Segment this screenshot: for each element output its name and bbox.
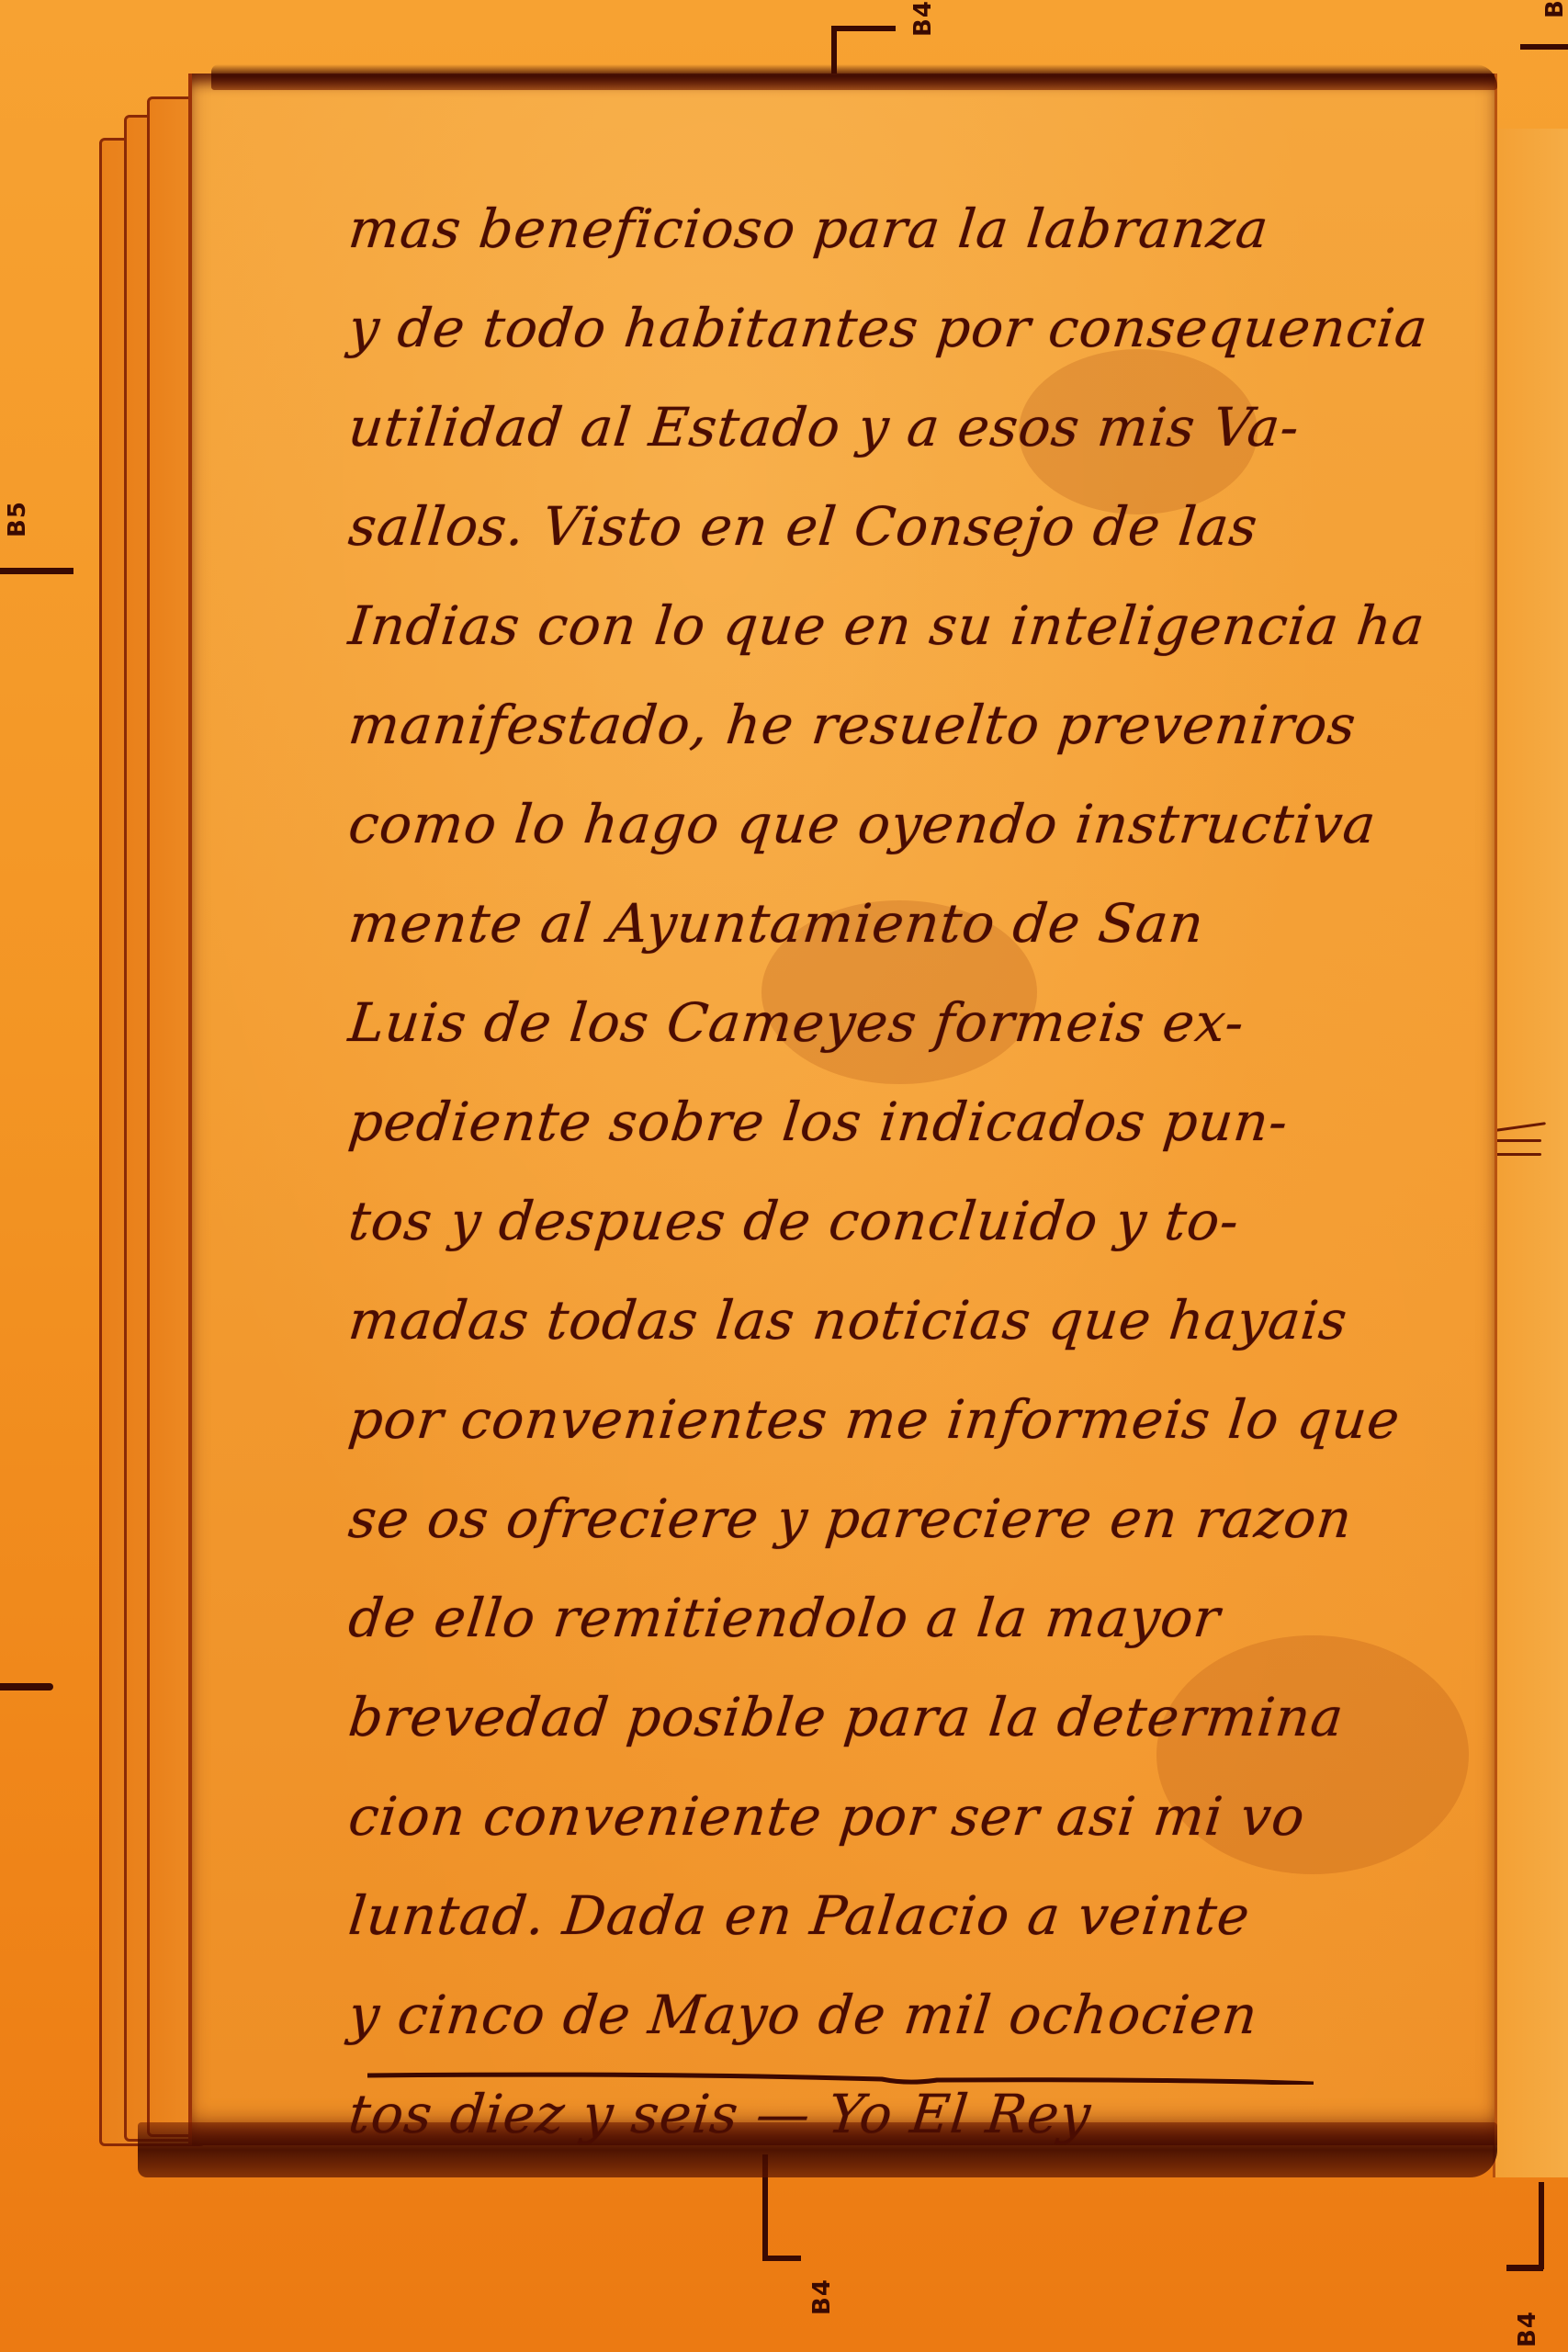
text-line-3: utilidad al Estado y a esos mis Va- (344, 378, 1309, 477)
text-line-8: mente al Ayuntamiento de San (344, 874, 1309, 973)
text-line-12: madas todas las noticias que hayais (344, 1271, 1309, 1370)
text-line-13: por convenientes me informeis lo que (344, 1370, 1309, 1469)
marker-bracket-horizontal-bottom-right (1506, 2265, 1543, 2271)
marker-label-b-top-right: B (1541, 0, 1568, 18)
marker-label-b4-top: B4 (909, 0, 937, 37)
marker-tick-top-right (1520, 44, 1568, 50)
marker-bracket-horizontal (831, 26, 896, 31)
text-line-15: de ello remitiendolo a la mayor (344, 1568, 1309, 1668)
marker-label-b4-bottom: B4 (808, 2278, 836, 2315)
text-line-9: Luis de los Cameyes formeis ex- (344, 973, 1309, 1072)
marker-tick-left-lower (0, 1683, 53, 1690)
text-line-1: mas beneficioso para la labranza (344, 179, 1309, 278)
text-line-2: y de todo habitantes por consequencia (344, 278, 1309, 378)
marker-label-b5: B5 (4, 501, 31, 537)
page-top-worn-edge (211, 64, 1497, 90)
facing-page-ink-stroke (1495, 1139, 1541, 1142)
text-line-16: brevedad posible para la determina (344, 1668, 1309, 1767)
marker-bracket-vertical-bottom-right (1539, 2182, 1544, 2269)
marker-tick-left-upper (0, 568, 73, 574)
text-line-6: manifestado, he resuelto preveniros (344, 675, 1309, 775)
signature-underline (367, 2072, 1314, 2085)
text-line-10: pediente sobre los indicados pun- (344, 1072, 1309, 1171)
facing-page-ink-stroke (1495, 1153, 1541, 1156)
text-line-5: Indias con lo que en su inteligencia ha (344, 576, 1309, 675)
text-line-18: luntad. Dada en Palacio a veinte (344, 1866, 1309, 1965)
text-line-7: como lo hago que oyendo instructiva (344, 775, 1309, 874)
facing-page-ink-stroke (1495, 1122, 1546, 1132)
text-line-4: sallos. Visto en el Consejo de las (344, 477, 1309, 576)
manuscript-text: mas beneficioso para la labranza y de to… (349, 179, 1304, 2164)
text-line-11: tos y despues de concluido y to- (344, 1171, 1309, 1271)
text-line-17: cion conveniente por ser asi mi vo (344, 1767, 1309, 1866)
facing-page-edge (1493, 129, 1568, 2177)
text-line-19: y cinco de Mayo de mil ochocien (344, 1965, 1309, 2064)
marker-label-b4-bottom-right: B4 (1514, 2311, 1541, 2347)
marker-bracket-horizontal-bottom (762, 2256, 801, 2261)
text-line-14: se os ofreciere y pareciere en razon (344, 1469, 1309, 1568)
